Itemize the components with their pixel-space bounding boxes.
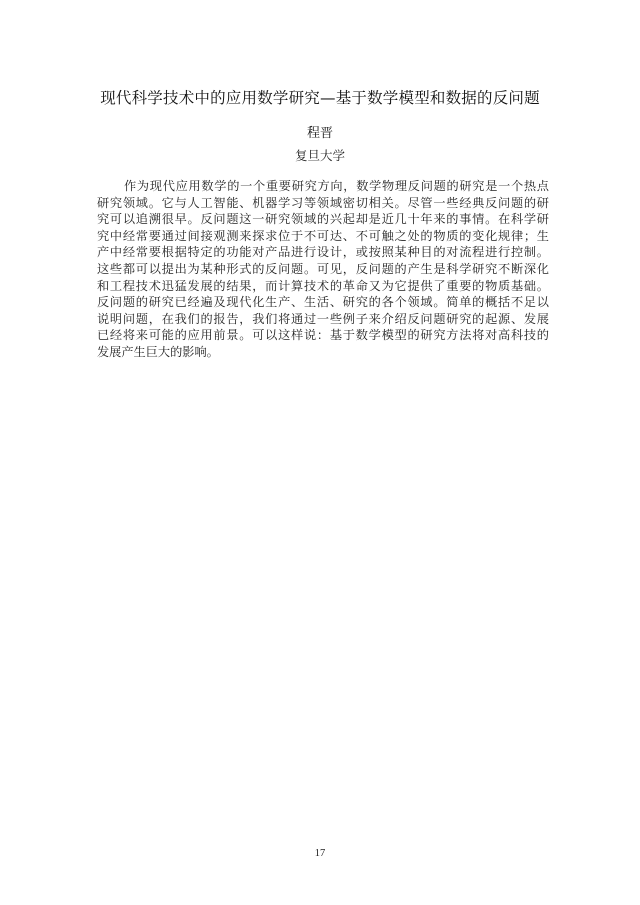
abstract-line: 和工程技术迅猛发展的结果，而计算技术的革命又为它提供了重要的物质基础。: [97, 278, 549, 295]
abstract-line: 已经将来可能的应用前景。可以这样说：基于数学模型的研究方法将对高科技的: [97, 327, 549, 344]
abstract-line: 究可以追溯很早。反问题这一研究领域的兴起却是近几十年来的事情。在科学研: [97, 211, 549, 228]
abstract-line: 作为现代应用数学的一个重要研究方向，数学物理反问题的研究是一个热点: [97, 178, 549, 195]
abstract-line: 究中经常要通过间接观测来探求位于不可达、不可触之处的物质的变化规律；生: [97, 228, 549, 245]
abstract-paragraph: 作为现代应用数学的一个重要研究方向，数学物理反问题的研究是一个热点 研究领域。它…: [97, 178, 549, 361]
abstract-line: 这些都可以提出为某种形式的反问题。可见，反问题的产生是科学研究不断深化: [97, 261, 549, 278]
abstract-line: 产中经常要根据特定的功能对产品进行设计，或按照某种目的对流程进行控制。: [97, 244, 549, 261]
author-affiliation: 复旦大学: [0, 146, 640, 164]
abstract-line: 研究领域。它与人工智能、机器学习等领域密切相关。尽管一些经典反问题的研: [97, 195, 549, 212]
abstract-line: 反问题的研究已经遍及现代化生产、生活、研究的各个领域。简单的概括不足以: [97, 294, 549, 311]
paper-title: 现代科学技术中的应用数学研究—基于数学模型和数据的反问题: [0, 86, 640, 108]
page-number: 17: [0, 848, 640, 859]
author-name: 程晋: [0, 122, 640, 141]
abstract-line: 发展产生巨大的影响。: [97, 344, 549, 361]
abstract-line: 说明问题，在我们的报告，我们将通过一些例子来介绍反问题研究的起源、发展: [97, 311, 549, 328]
